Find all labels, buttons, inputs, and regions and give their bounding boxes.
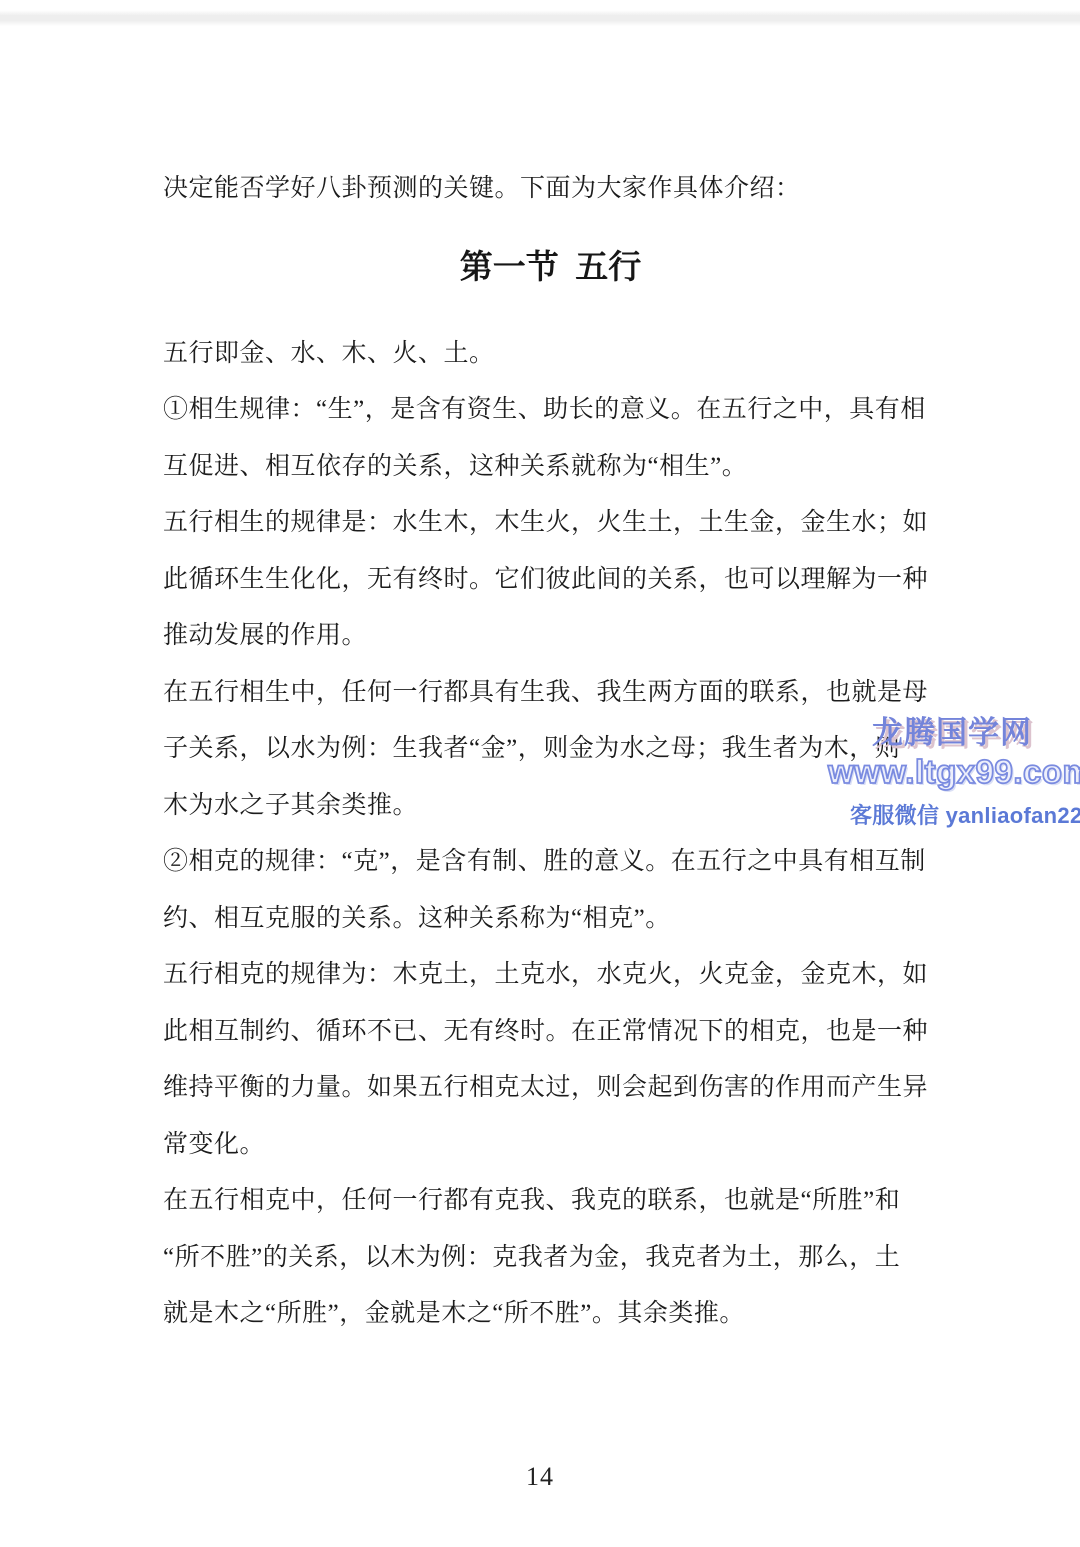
top-shadow-band [0,10,1080,26]
body-line-3: 互促进、相互依存的关系，这种关系就称为“相生”。 [163,453,953,482]
body-line-7: 在五行相生中，任何一行都具有生我、我生两方面的联系，也就是母 [163,679,953,708]
body-line-6: 推动发展的作用。 [163,622,953,651]
body-line-17: “所不胜”的关系，以木为例：克我者为金，我克者为土，那么，土 [163,1244,953,1273]
page-number: 14 [0,1462,1080,1492]
intro-line: 决定能否学好八卦预测的关键。下面为大家作具体介绍： [163,175,953,204]
body-line-15: 常变化。 [163,1131,953,1160]
body-line-9: 木为水之子其余类推。 [163,792,953,821]
body-line-18: 就是木之“所胜”，金就是木之“所不胜”。其余类推。 [163,1300,953,1329]
body-line-5: 此循环生生化化，无有终时。它们彼此间的关系，也可以理解为一种 [163,566,953,595]
document-page: 决定能否学好八卦预测的关键。下面为大家作具体介绍： 第一节 五行 五行即金、水、… [0,0,1080,1547]
body-line-10: ②相克的规律：“克”，是含有制、胜的意义。在五行之中具有相互制 [163,848,953,877]
body-line-13: 此相互制约、循环不已、无有终时。在正常情况下的相克，也是一种 [163,1018,953,1047]
body-line-12: 五行相克的规律为：木克土，土克水，水克火，火克金，金克木，如 [163,961,953,990]
body-line-16: 在五行相克中，任何一行都有克我、我克的联系，也就是“所胜”和 [163,1187,953,1216]
body-line-8: 子关系，以水为例：生我者“金”，则金为水之母；我生者为木，则 [163,735,953,764]
section-title: 第一节 五行 [163,250,938,286]
body-line-11: 约、相互克服的关系。这种关系称为“相克”。 [163,905,953,934]
body-line-14: 维持平衡的力量。如果五行相克太过，则会起到伤害的作用而产生异 [163,1074,953,1103]
body-line-1: 五行即金、水、木、火、土。 [163,340,953,369]
body-line-2: ①相生规律：“生”，是含有资生、助长的意义。在五行之中，具有相 [163,396,953,425]
body-line-4: 五行相生的规律是：水生木，木生火，火生土，土生金，金生水；如 [163,509,953,538]
